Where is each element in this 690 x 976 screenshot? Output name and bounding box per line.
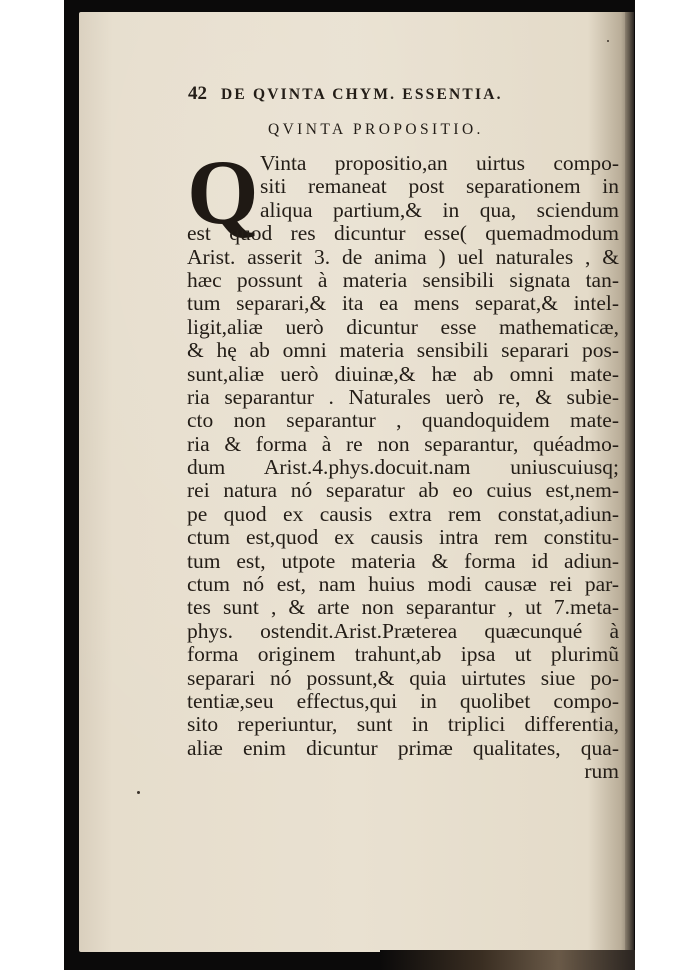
section-title: QVINTA PROPOSITIO. bbox=[268, 121, 484, 139]
text-line: rei natura nó separatur ab eo cuius est,… bbox=[187, 479, 619, 502]
page-number: 42 bbox=[188, 83, 207, 104]
body-text: Vinta propositio,an uirtus compo- siti r… bbox=[187, 152, 619, 784]
text-line: tum est, utpote materia & forma id adiun… bbox=[187, 550, 619, 573]
text-line: aliæ enim dicuntur primæ qualitates, qua… bbox=[187, 737, 619, 760]
text-line: siti remaneat post separationem in bbox=[187, 175, 619, 198]
text-line: ligit,aliæ uerò dicuntur esse mathematic… bbox=[187, 316, 619, 339]
running-head-title: DE QVINTA CHYM. ESSENTIA. bbox=[221, 86, 503, 103]
text-line: ria separantur . Naturales uerò re, & su… bbox=[187, 386, 619, 409]
text-line: aliqua partium,& in qua, sciendum bbox=[187, 199, 619, 222]
ink-speck bbox=[607, 40, 609, 42]
text-line: phys. ostendit.Arist.Præterea quæcunqué … bbox=[187, 620, 619, 643]
text-line: ctum nó est, nam huius modi causæ rei pa… bbox=[187, 573, 619, 596]
text-line: ctum est,quod ex causis intra rem consti… bbox=[187, 526, 619, 549]
text-line: dum Arist.4.phys.docuit.nam uniuscuiusq; bbox=[187, 456, 619, 479]
text-line: Vinta propositio,an uirtus compo- bbox=[187, 152, 619, 175]
text-line: sunt,aliæ uerò diuinæ,& hæ ab omni mate- bbox=[187, 363, 619, 386]
text-line: separari nó possunt,& quia uirtutes siue… bbox=[187, 667, 619, 690]
text-line: & hę ab omni materia sensibili separari … bbox=[187, 339, 619, 362]
text-line: forma originem trahunt,ab ipsa ut plurim… bbox=[187, 643, 619, 666]
text-line: cto non separantur , quandoquidem mate- bbox=[187, 409, 619, 432]
text-line: tentiæ,seu effectus,qui in quolibet comp… bbox=[187, 690, 619, 713]
text-line: tum separari,& ita ea mens separat,& int… bbox=[187, 292, 619, 315]
page-bottom-shadow bbox=[380, 950, 635, 970]
text-line: sito reperiuntur, sunt in triplici diffe… bbox=[187, 713, 619, 736]
text-line: pe quod ex causis extra rem constat,adiu… bbox=[187, 503, 619, 526]
running-head: 42DE QVINTA CHYM. ESSENTIA. bbox=[188, 83, 598, 105]
ink-speck bbox=[137, 791, 140, 794]
text-line: ria & forma à re non separantur, quéadmo… bbox=[187, 433, 619, 456]
text-line: Arist. asserit 3. de anima ) uel natural… bbox=[187, 246, 619, 269]
text-line: hæc possunt à materia sensibili signata … bbox=[187, 269, 619, 292]
text-line: tes sunt , & arte non separantur , ut 7.… bbox=[187, 596, 619, 619]
text-line: est quod res dicuntur esse( quemadmodum bbox=[187, 222, 619, 245]
page-edge-shadow bbox=[625, 12, 634, 957]
catchword: rum bbox=[187, 760, 619, 783]
